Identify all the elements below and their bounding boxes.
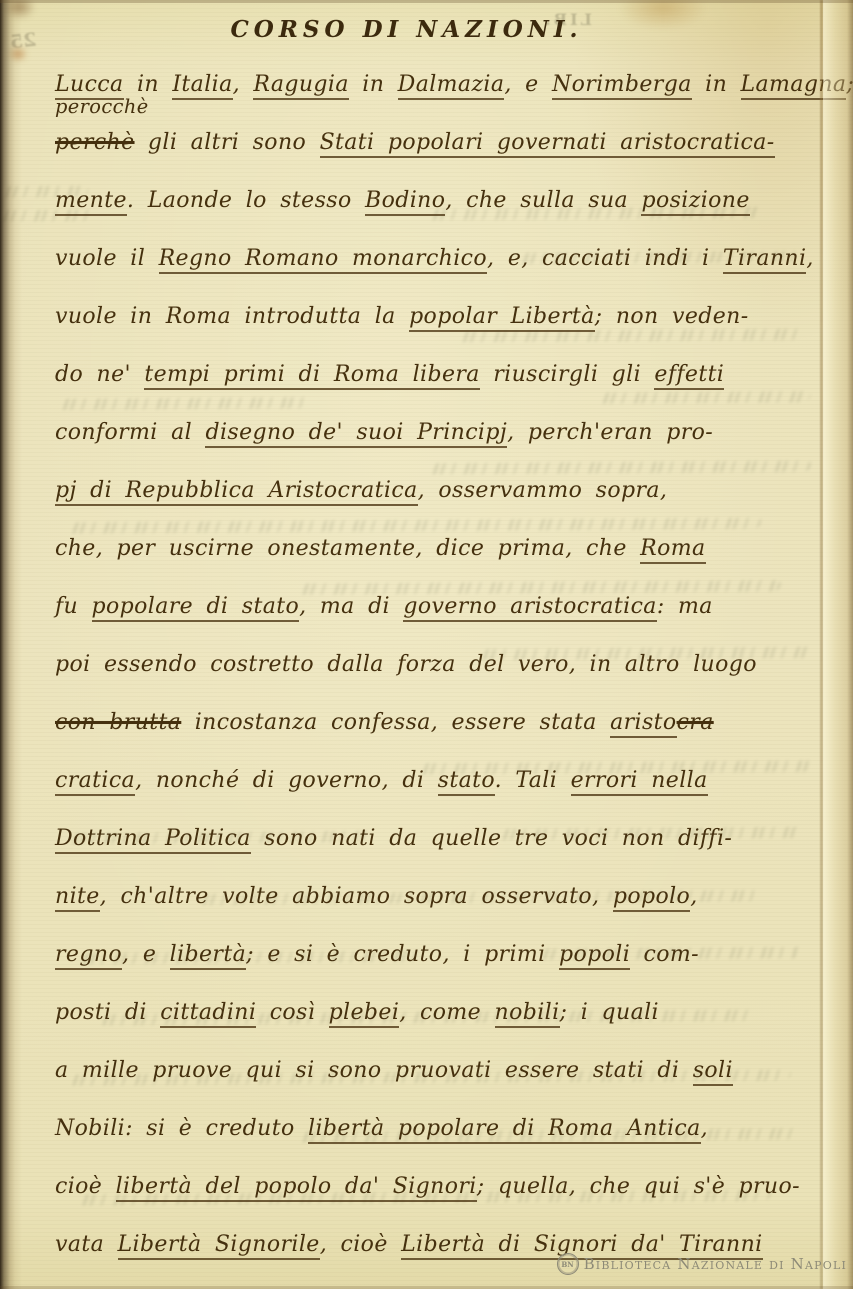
struck-word: cra bbox=[677, 710, 714, 735]
manuscript-line: cratica, nonché di governo, di stato. Ta… bbox=[55, 752, 837, 810]
underlined-word: nite bbox=[55, 884, 100, 912]
manuscript-word: do ne' bbox=[55, 362, 144, 387]
underlined-word: plebei bbox=[329, 1000, 400, 1028]
manuscript-word: com- bbox=[630, 942, 699, 967]
underlined-word: popolar Libertà bbox=[409, 304, 595, 332]
manuscript-word: , che sulla sua bbox=[445, 188, 641, 213]
manuscript-word: ; bbox=[846, 72, 853, 97]
underlined-word: errori nella bbox=[571, 768, 708, 796]
underlined-word: regno bbox=[55, 942, 122, 970]
underlined-word: nobili bbox=[495, 1000, 560, 1028]
manuscript-word: poi essendo costretto dalla forza del ve… bbox=[55, 652, 757, 677]
underlined-word: cittadini bbox=[160, 1000, 256, 1028]
manuscript-word: incostanza confessa, essere stata bbox=[181, 710, 610, 735]
bnn-monogram-icon: BN bbox=[557, 1253, 579, 1275]
manuscript-word: conformi al bbox=[55, 420, 205, 445]
manuscript-line: nite, ch'altre volte abbiamo sopra osser… bbox=[55, 868, 837, 926]
manuscript-word: che, per uscirne onestamente, dice prima… bbox=[55, 536, 640, 561]
manuscript-line: regno, e libertà; e si è creduto, i prim… bbox=[55, 926, 837, 984]
manuscript-word: , perch'eran pro- bbox=[507, 420, 713, 445]
library-watermark-label: Biblioteca Nazionale di Napoli bbox=[584, 1255, 847, 1273]
manuscript-word: , ch'altre volte abbiamo sopra osservato… bbox=[100, 884, 613, 909]
manuscript-word: ; i quali bbox=[560, 1000, 659, 1025]
manuscript-word: , bbox=[701, 1116, 708, 1141]
underlined-word: Stati popolari governati aristocratica- bbox=[320, 130, 775, 158]
manuscript-word: , e bbox=[504, 72, 552, 97]
manuscript-word: Nobili: si è creduto bbox=[55, 1116, 308, 1141]
manuscript-line: perocchèperchè gli altri sono Stati popo… bbox=[55, 114, 837, 172]
manuscript-line: poi essendo costretto dalla forza del ve… bbox=[55, 636, 837, 694]
manuscript-word: vuole il bbox=[55, 246, 159, 271]
inserted-correction: perocchè bbox=[55, 97, 149, 116]
underlined-word: Tiranni bbox=[723, 246, 807, 274]
underlined-word: Regno Romano monarchico bbox=[159, 246, 487, 274]
underlined-word: tempi primi di Roma libera bbox=[144, 362, 479, 390]
underlined-word: disegno de' suoi Principj bbox=[205, 420, 507, 448]
library-watermark: BN Biblioteca Nazionale di Napoli bbox=[557, 1253, 847, 1275]
underlined-word: Lamagna bbox=[741, 72, 847, 100]
manuscript-line: conformi al disegno de' suoi Principj, p… bbox=[55, 404, 837, 462]
manuscript-page: 25 LIB. CORSO DI NAZIONI. Lucca in Itali… bbox=[0, 0, 853, 1289]
manuscript-word: cioè bbox=[55, 1174, 116, 1199]
manuscript-word: fu bbox=[55, 594, 92, 619]
bnn-monogram-letters: BN bbox=[561, 1261, 573, 1268]
manuscript-text: Lucca in Italia, Ragugia in Dalmazia, e … bbox=[55, 56, 837, 1274]
manuscript-line: posti di cittadini così plebei, come nob… bbox=[55, 984, 837, 1042]
manuscript-line: Lucca in Italia, Ragugia in Dalmazia, e … bbox=[55, 56, 837, 114]
manuscript-word: vuole in Roma introdutta la bbox=[55, 304, 409, 329]
manuscript-word: , bbox=[233, 72, 254, 97]
underlined-word: Libertà Signorile bbox=[118, 1232, 320, 1260]
manuscript-line: pj di Repubblica Aristocratica, osservam… bbox=[55, 462, 837, 520]
manuscript-word: . Tali bbox=[495, 768, 571, 793]
manuscript-word: in bbox=[692, 72, 741, 97]
manuscript-line: Dottrina Politica sono nati da quelle tr… bbox=[55, 810, 837, 868]
underlined-word: popolare di stato bbox=[92, 594, 300, 622]
underlined-word: soli bbox=[693, 1058, 733, 1086]
manuscript-word: , come bbox=[399, 1000, 494, 1025]
manuscript-word: , cioè bbox=[320, 1232, 401, 1257]
underlined-word: libertà del popolo da' Signori bbox=[116, 1174, 477, 1202]
manuscript-word: , osservammo sopra, bbox=[418, 478, 668, 503]
underlined-word: libertà popolare di Roma Antica bbox=[308, 1116, 701, 1144]
manuscript-word: , bbox=[806, 246, 813, 271]
manuscript-line: mente. Laonde lo stesso Bodino, che sull… bbox=[55, 172, 837, 230]
underlined-word: posizione bbox=[641, 188, 749, 216]
manuscript-word: ; non veden- bbox=[595, 304, 749, 329]
page-edge-top bbox=[0, 0, 853, 3]
manuscript-word: . Laonde lo stesso bbox=[127, 188, 365, 213]
underlined-word: stato bbox=[438, 768, 495, 796]
manuscript-word: sono nati da quelle tre voci non diffi- bbox=[251, 826, 732, 851]
manuscript-line: vuole in Roma introdutta la popolar Libe… bbox=[55, 288, 837, 346]
manuscript-word: , nonché di governo, di bbox=[135, 768, 438, 793]
manuscript-word: gli altri sono bbox=[135, 130, 320, 155]
manuscript-line: con brutta incostanza confessa, essere s… bbox=[55, 694, 837, 752]
manuscript-word: , e, cacciati indi i bbox=[487, 246, 723, 271]
manuscript-word: in bbox=[349, 72, 398, 97]
underlined-word: mente bbox=[55, 188, 127, 216]
manuscript-word: , e bbox=[122, 942, 170, 967]
manuscript-word: a mille pruove qui si sono pruovati esse… bbox=[55, 1058, 693, 1083]
manuscript-line: cioè libertà del popolo da' Signori; que… bbox=[55, 1158, 837, 1216]
manuscript-line: Nobili: si è creduto libertà popolare di… bbox=[55, 1100, 837, 1158]
underlined-word: popoli bbox=[559, 942, 630, 970]
manuscript-word: posti di bbox=[55, 1000, 160, 1025]
manuscript-line: che, per uscirne onestamente, dice prima… bbox=[55, 520, 837, 578]
manuscript-line: a mille pruove qui si sono pruovati esse… bbox=[55, 1042, 837, 1100]
manuscript-word: vata bbox=[55, 1232, 118, 1257]
manuscript-line: vuole il Regno Romano monarchico, e, cac… bbox=[55, 230, 837, 288]
underlined-word: Roma bbox=[640, 536, 705, 564]
underlined-word: cratica bbox=[55, 768, 135, 796]
underlined-word: Bodino bbox=[365, 188, 445, 216]
manuscript-word: in bbox=[124, 72, 173, 97]
underlined-word: Ragugia bbox=[253, 72, 348, 100]
manuscript-line: fu popolare di stato, ma di governo aris… bbox=[55, 578, 837, 636]
underlined-word: Italia bbox=[172, 72, 232, 100]
underlined-word: pj di Repubblica Aristocratica bbox=[55, 478, 418, 506]
manuscript-word: : ma bbox=[657, 594, 713, 619]
manuscript-word: così bbox=[256, 1000, 328, 1025]
underlined-word: Dalmazia bbox=[398, 72, 505, 100]
underlined-word: libertà bbox=[170, 942, 246, 970]
underlined-word: popolo bbox=[613, 884, 690, 912]
manuscript-word: ; e si è creduto, i primi bbox=[246, 942, 559, 967]
underlined-word: governo aristocratica bbox=[403, 594, 656, 622]
page-title: CORSO DI NAZIONI. bbox=[0, 16, 813, 43]
manuscript-word: riuscirgli gli bbox=[480, 362, 655, 387]
manuscript-line: do ne' tempi primi di Roma libera riusci… bbox=[55, 346, 837, 404]
manuscript-word: , bbox=[690, 884, 697, 909]
underlined-word: aristo bbox=[610, 710, 676, 738]
manuscript-word: , ma di bbox=[299, 594, 403, 619]
struck-word: con brutta bbox=[55, 710, 181, 735]
binding-gutter-shadow bbox=[0, 0, 22, 1289]
manuscript-word: ; quella, che qui s'è pruo- bbox=[477, 1174, 800, 1199]
struck-word: perocchèperchè bbox=[55, 114, 135, 172]
underlined-word: Norimberga bbox=[552, 72, 692, 100]
underlined-word: effetti bbox=[654, 362, 724, 390]
underlined-word: Dottrina Politica bbox=[55, 826, 251, 854]
